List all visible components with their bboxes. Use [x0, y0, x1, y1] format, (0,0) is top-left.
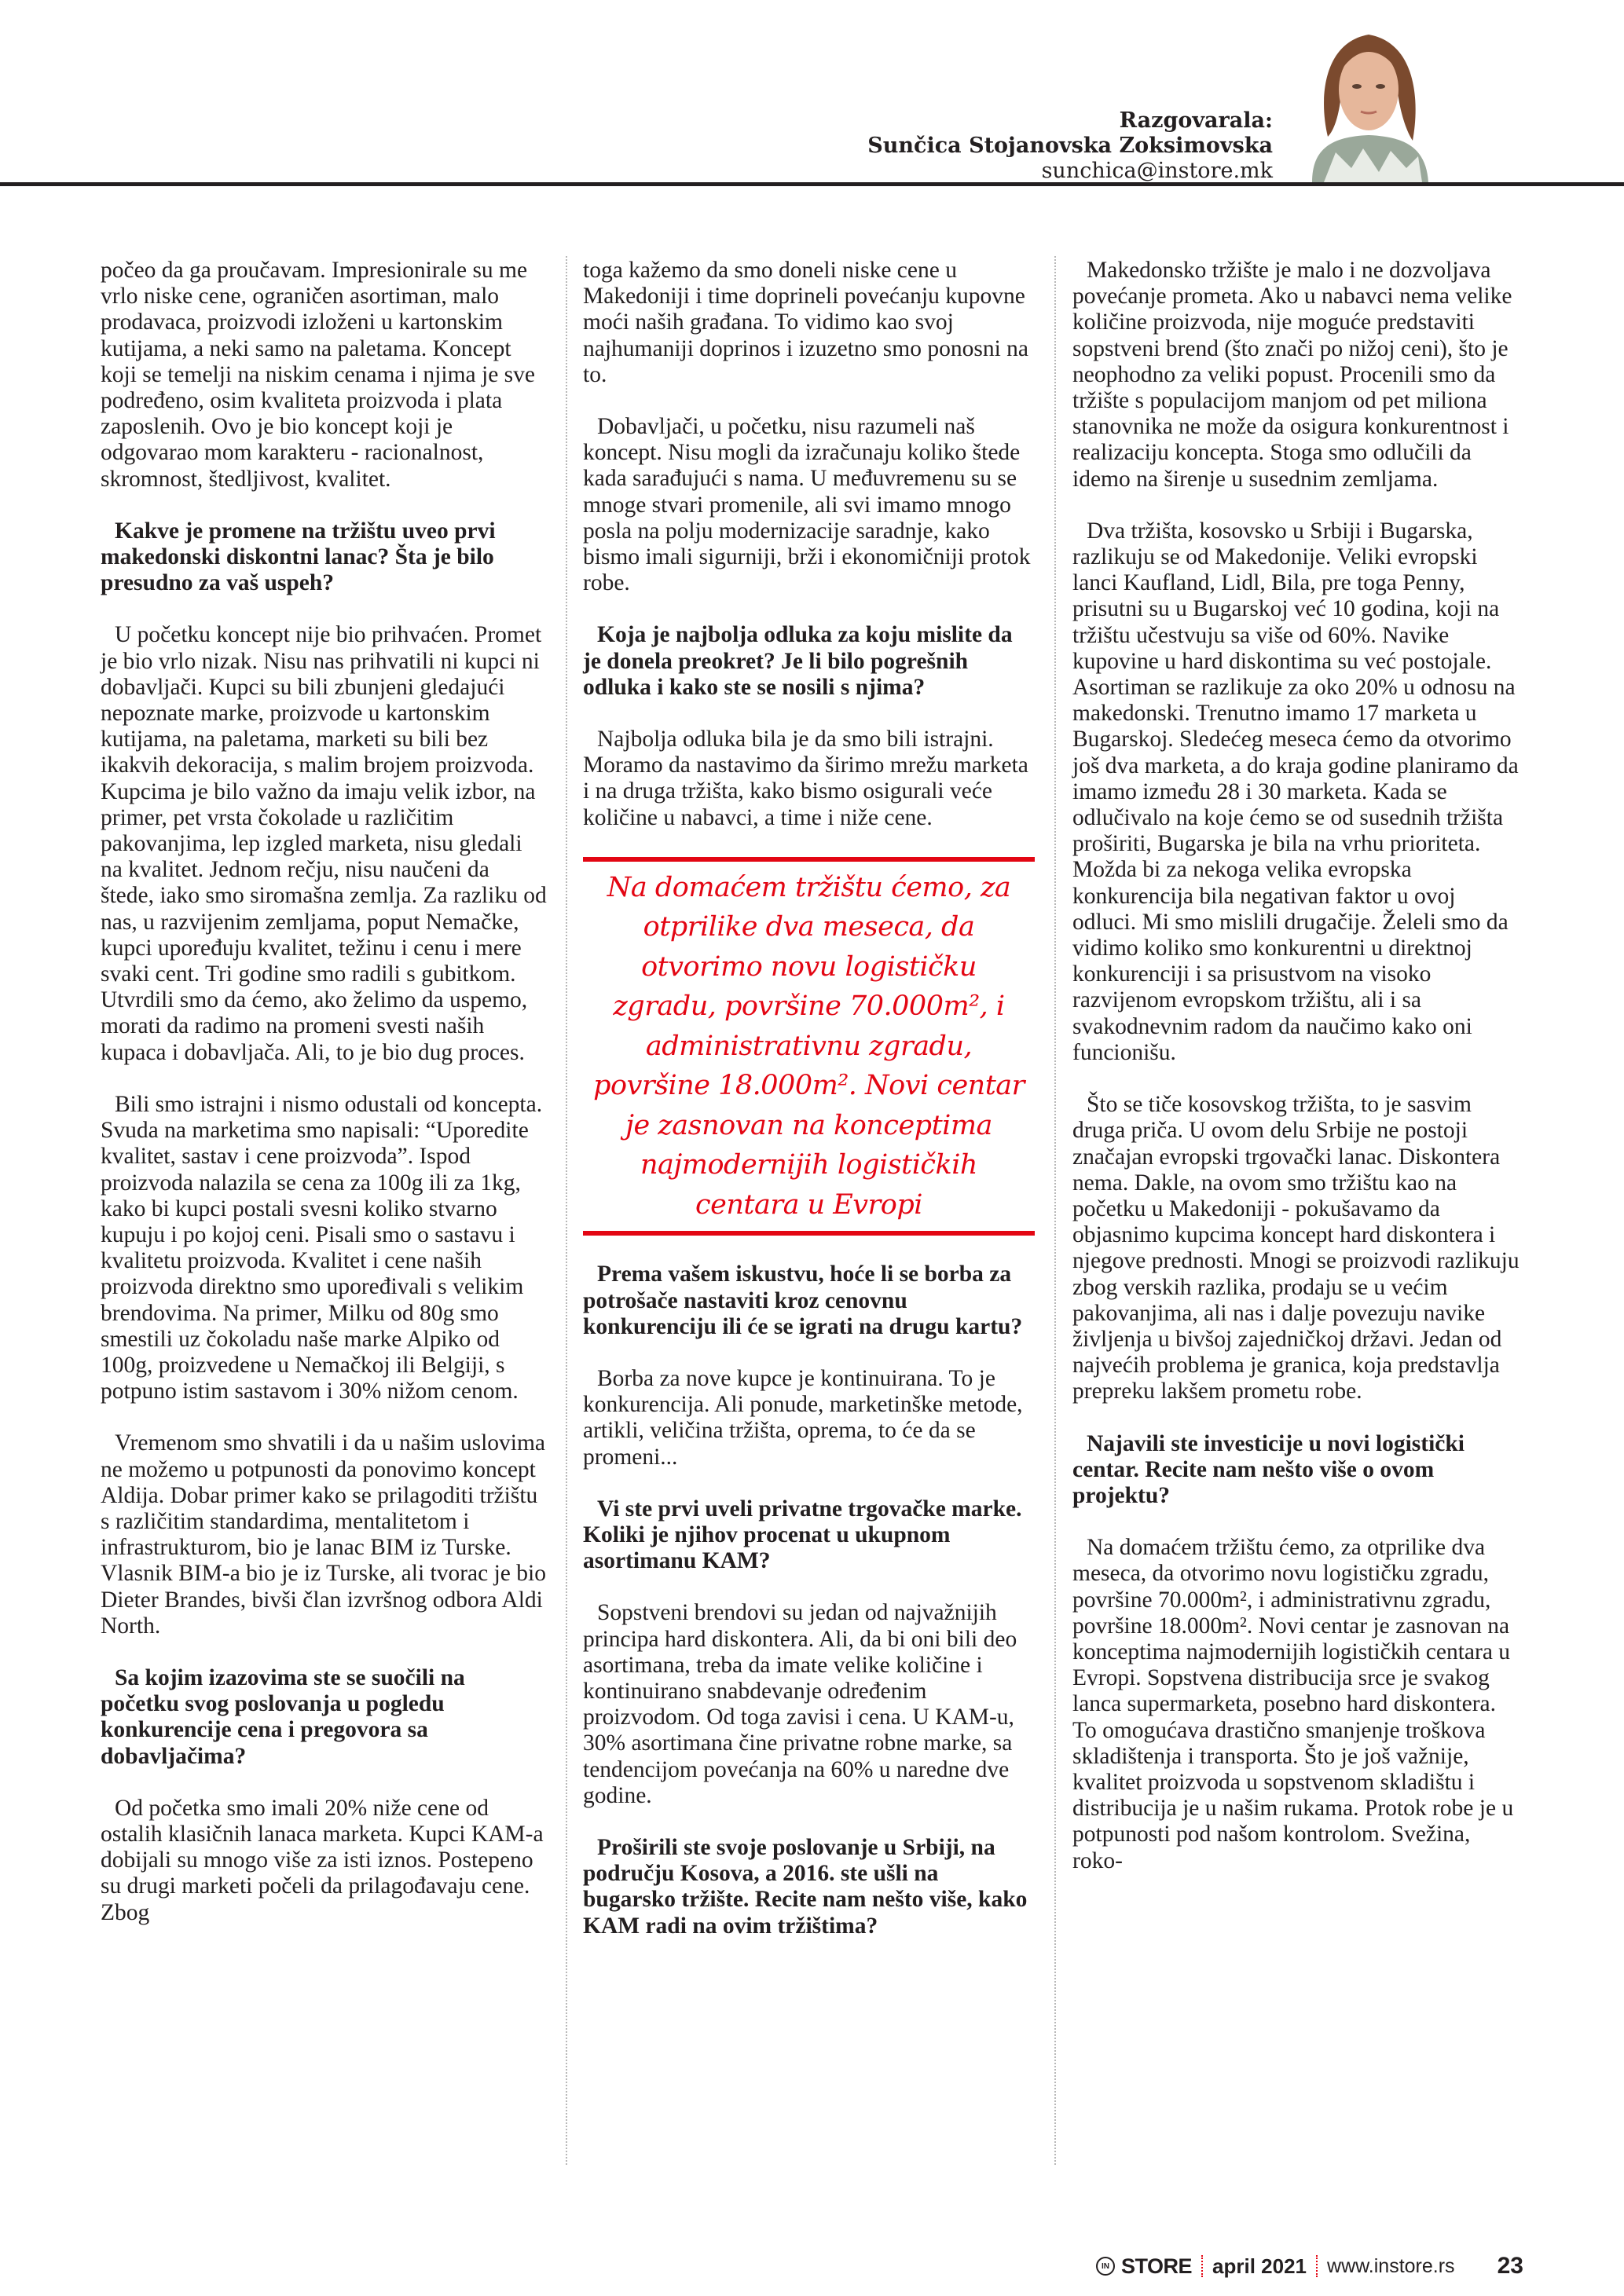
paragraph: Dobavljači, u početku, nisu razumeli naš… [583, 414, 1035, 596]
instore-logo-icon: IN [1096, 2257, 1115, 2276]
interview-question: Vi ste prvi uveli privatne trgovačke mar… [583, 1496, 1035, 1575]
pull-quote-text: Na domaćem tržištu ćemo, za otprilike dv… [583, 862, 1035, 1232]
footer-separator [1201, 2255, 1203, 2277]
paragraph: U početku koncept nije bio prihvaćen. Pr… [101, 622, 548, 1065]
interview-question: Najavili ste investicije u novi logistič… [1072, 1431, 1520, 1510]
magazine-brand: STORE [1121, 2254, 1192, 2279]
interview-question: Proširili ste svoje poslovanje u Srbiji,… [583, 1835, 1035, 1939]
page-footer: IN STORE april 2021 www.instore.rs 23 [1096, 2250, 1523, 2282]
article-column-2: toga kažemo da smo doneli niske cene u M… [583, 258, 1035, 1965]
interview-question: Kakve je promene na tržištu uveo prvi ma… [101, 518, 548, 597]
paragraph: počeo da ga proučavam. Impresionirale su… [101, 258, 548, 493]
paragraph: toga kažemo da smo doneli niske cene u M… [583, 258, 1035, 388]
footer-separator [1316, 2255, 1318, 2277]
author-name: Sunčica Stojanovska Zoksimovska [867, 134, 1273, 159]
author-email[interactable]: sunchica@instore.mk [867, 159, 1273, 184]
portrait-image-icon [1304, 11, 1434, 182]
page-number: 23 [1498, 2253, 1523, 2280]
paragraph: Bili smo istrajni i nismo odustali od ko… [101, 1092, 548, 1404]
paragraph: Sopstveni brendovi su jedan od najvažnij… [583, 1600, 1035, 1809]
interview-question: Koja je najbolja odluka za koju mislite … [583, 622, 1035, 701]
article-header: Razgovarala: Sunčica Stojanovska Zoksimo… [0, 0, 1624, 185]
article-column-3: Makedonsko tržište je malo i ne dozvolja… [1072, 258, 1520, 1900]
website-link[interactable]: www.instore.rs [1327, 2255, 1455, 2278]
column-divider [1054, 256, 1056, 2165]
paragraph: Borba za nove kupce je kontinuirana. To … [583, 1366, 1035, 1470]
paragraph: Na domaćem tržištu ćemo, za otprilike dv… [1072, 1535, 1520, 1874]
interview-question: Sa kojim izazovima ste se suočili na poč… [101, 1665, 548, 1770]
paragraph: Makedonsko tržište je malo i ne dozvolja… [1072, 258, 1520, 493]
pull-quote-rule-bottom [583, 1231, 1035, 1236]
paragraph: Dva tržišta, kosovsko u Srbiji i Bugarsk… [1072, 518, 1520, 1066]
paragraph: Vremenom smo shvatili i da u našim uslov… [101, 1430, 548, 1639]
author-photo [1304, 11, 1434, 182]
article-column-1: počeo da ga proučavam. Impresionirale su… [101, 258, 548, 1952]
pull-quote: Na domaćem tržištu ćemo, za otprilike dv… [583, 857, 1035, 1236]
column-divider [566, 256, 567, 2165]
header-rule [0, 182, 1624, 186]
byline: Razgovarala: Sunčica Stojanovska Zoksimo… [867, 108, 1273, 184]
paragraph: Što se tiče kosovskog tržišta, to je sas… [1072, 1092, 1520, 1404]
paragraph: Najbolja odluka bila je da smo bili istr… [583, 727, 1035, 831]
interview-question: Prema vašem iskustvu, hoće li se borba z… [583, 1262, 1035, 1340]
issue-date: april 2021 [1212, 2254, 1307, 2279]
byline-label: Razgovarala: [867, 108, 1273, 134]
paragraph: Od početka smo imali 20% niže cene od os… [101, 1796, 548, 1926]
